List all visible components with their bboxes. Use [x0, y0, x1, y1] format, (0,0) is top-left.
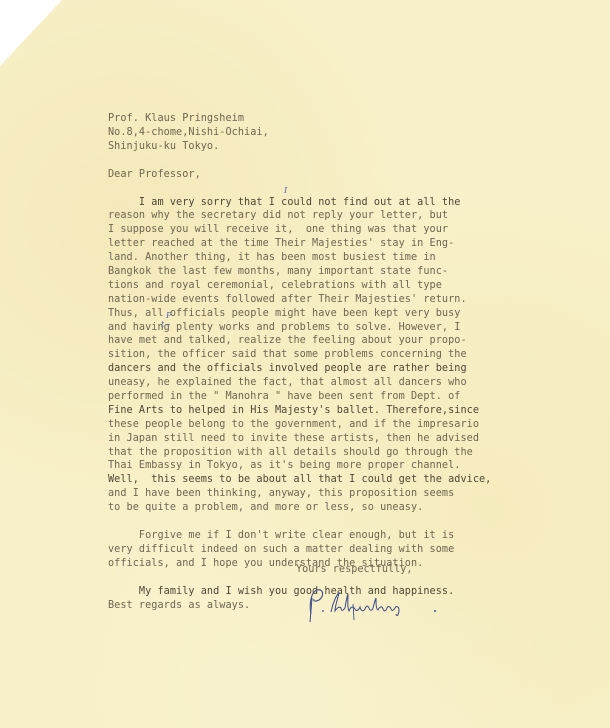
paragraph-line: in Japan still need to invite these arti…: [108, 432, 528, 446]
paragraph-line: land. Another thing, it has been most bu…: [108, 251, 528, 265]
paragraph-line: letter reached at the time Their Majesti…: [108, 237, 528, 251]
paragraph-line: and having plenty works and problems to …: [108, 321, 528, 335]
signature-period: [434, 610, 436, 612]
paragraph-line: I suppose you will receive it, one thing…: [108, 223, 528, 237]
paragraph-line: very difficult indeed on such a matter d…: [108, 543, 528, 557]
paragraph-line: these people belong to the government, a…: [108, 418, 528, 432]
handwritten-correction-mark: P: [166, 311, 171, 320]
address-line: Shinjuku-ku Tokyo.: [108, 140, 528, 154]
paragraph-line: sition, the officer said that some probl…: [108, 348, 528, 362]
paragraph-line: I am very sorry that I could not find ou…: [108, 196, 528, 210]
recipient-address: Prof. Klaus Pringsheim No.8,4-chome,Nish…: [108, 112, 528, 154]
salutation-text: Dear Professor,: [108, 168, 528, 182]
address-line: Prof. Klaus Pringsheim: [108, 112, 528, 126]
paragraph-line: nation-wide events followed after Their …: [108, 293, 528, 307]
salutation: Dear Professor,: [108, 168, 528, 182]
letter-page: Prof. Klaus Pringsheim No.8,4-chome,Nish…: [0, 0, 610, 728]
paragraph-line: and I have been thinking, anyway, this p…: [108, 487, 528, 501]
paragraph-line: dancers and the officials involved peopl…: [108, 362, 528, 376]
paragraph-line: Thai Embassy in Tokyo, as it's being mor…: [108, 459, 528, 473]
paragraph-line: Well, this seems to be about all that I …: [108, 473, 528, 487]
paragraph-line: Bangkok the last few months, many import…: [108, 265, 528, 279]
paragraph-line: tions and royal ceremonial, celebrations…: [108, 279, 528, 293]
address-line: No.8,4-chome,Nishi-Ochiai,: [108, 126, 528, 140]
paragraph-line: performed in the " Manohra " have been s…: [108, 390, 528, 404]
handwritten-correction-mark: t~: [161, 320, 171, 329]
paragraph-line: have met and talked, realize the feeling…: [108, 334, 528, 348]
paragraph-line: Forgive me if I don't write clear enough…: [108, 529, 528, 543]
handwritten-correction-mark: I: [284, 186, 287, 195]
closing-text: Yours respectfully,: [296, 564, 413, 575]
paragraph-main: I am very sorry that I could not find ou…: [108, 196, 528, 515]
paragraph-line: uneasy, he explained the fact, that almo…: [108, 376, 528, 390]
letter-body: Prof. Klaus Pringsheim No.8,4-chome,Nish…: [108, 112, 528, 627]
handwritten-signature: P. Silapobanlang: [305, 584, 415, 624]
paragraph-line: that the proposition with all details sh…: [108, 446, 528, 460]
paragraph-line: reason why the secretary did not reply y…: [108, 209, 528, 223]
paragraph-line: Fine Arts to helped in His Majesty's bal…: [108, 404, 528, 418]
paragraph-line: to be quite a problem, and more or less,…: [108, 501, 528, 515]
